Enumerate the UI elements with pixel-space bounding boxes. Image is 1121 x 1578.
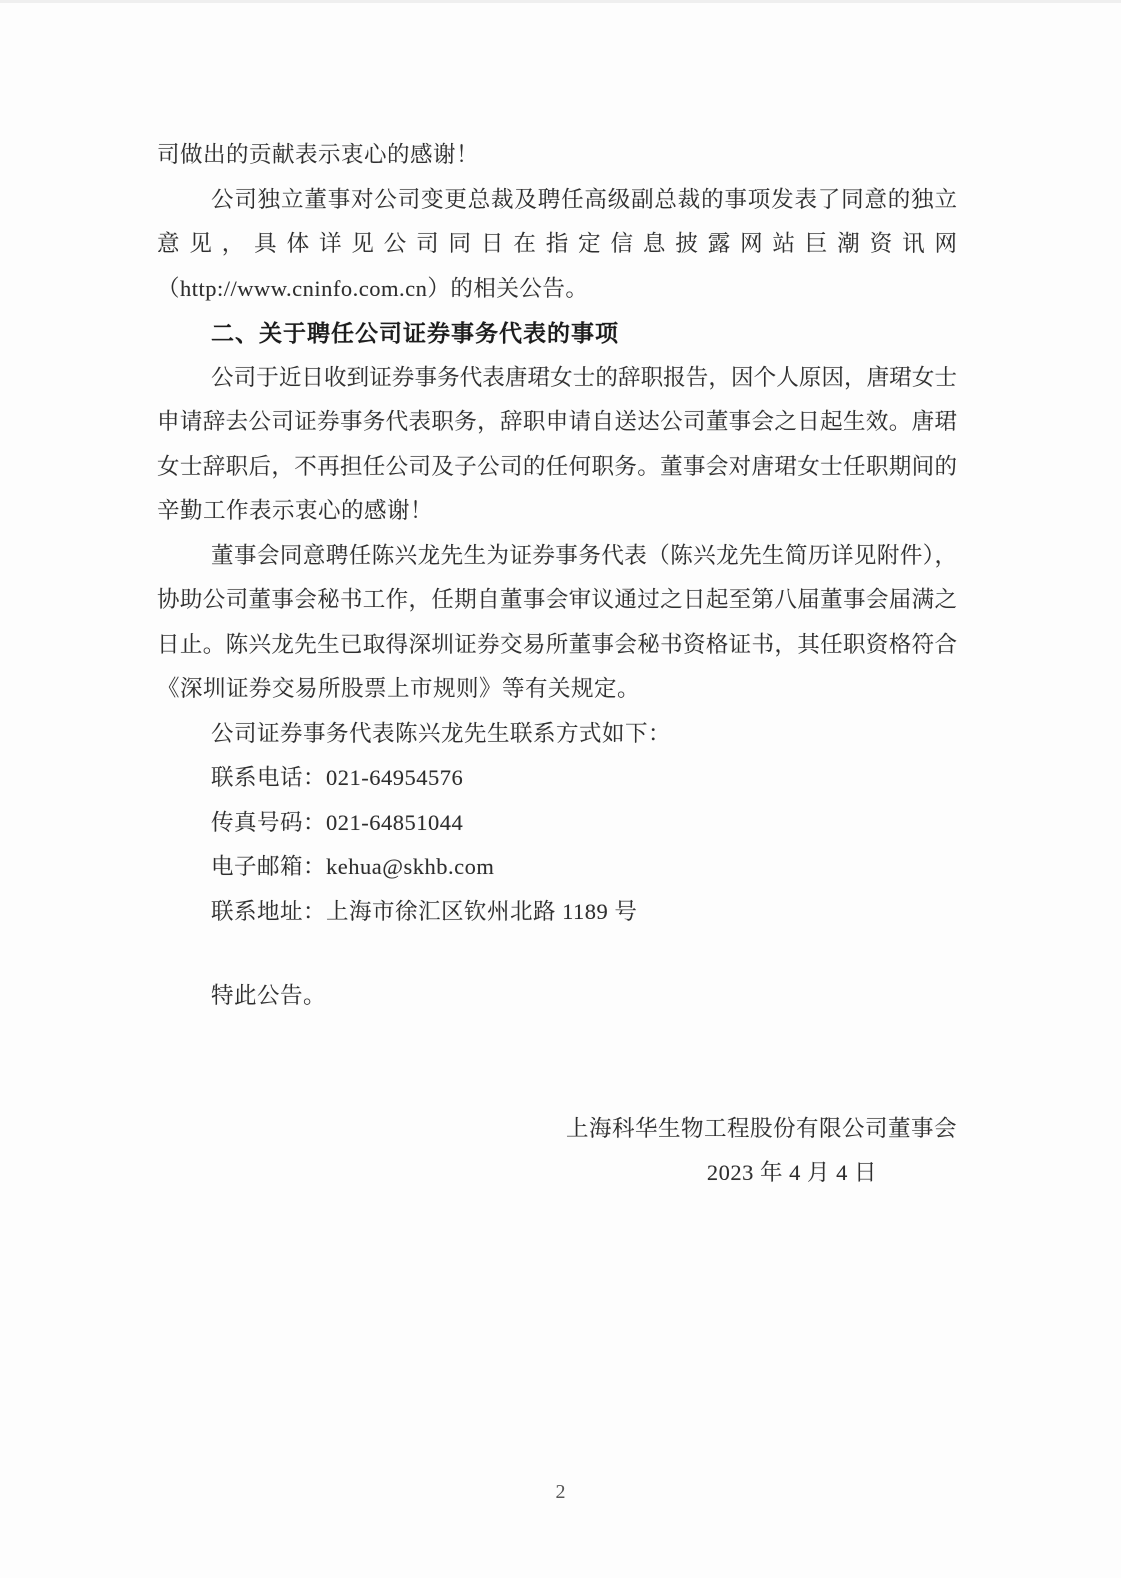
- paragraph-line: 日止。陈兴龙先生已取得深圳证券交易所董事会秘书资格证书，其任职资格符合: [157, 623, 957, 668]
- paragraph-line: 《深圳证券交易所股票上市规则》等有关规定。: [157, 667, 957, 712]
- document-content: 司做出的贡献表示衷心的感谢！ 公司独立董事对公司变更总裁及聘任高级副总裁的事项发…: [0, 3, 1121, 1196]
- contact-label: 传真号码：: [211, 810, 326, 835]
- contact-label: 电子邮箱：: [211, 854, 326, 879]
- section-heading: 二、关于聘任公司证券事务代表的事项: [157, 311, 957, 356]
- contact-label: 联系电话：: [211, 765, 326, 790]
- paragraph-line: 申请辞去公司证券事务代表职务，辞职申请自送达公司董事会之日起生效。唐珺: [157, 400, 957, 445]
- contact-label: 联系地址：: [211, 899, 326, 924]
- paragraph-line-url: （http://www.cninfo.com.cn）的相关公告。: [157, 267, 957, 312]
- paragraph-line: 女士辞职后，不再担任公司及子公司的任何职务。董事会对唐珺女士任职期间的: [157, 445, 957, 490]
- contact-line-email: 电子邮箱：kehua@skhb.com: [157, 845, 957, 890]
- contact-line-address: 联系地址：上海市徐汇区钦州北路 1189 号: [157, 890, 957, 935]
- closing-line: 特此公告。: [157, 974, 957, 1019]
- paragraph-line: 司做出的贡献表示衷心的感谢！: [157, 133, 957, 178]
- signature-block: 上海科华生物工程股份有限公司董事会 2023 年 4 月 4 日: [157, 1107, 957, 1196]
- contact-line-phone: 联系电话：021-64954576: [157, 756, 957, 801]
- paragraph-line: 公司于近日收到证券事务代表唐珺女士的辞职报告，因个人原因，唐珺女士: [157, 356, 957, 401]
- paragraph-line: 意见，具体详见公司同日在指定信息披露网站巨潮资讯网: [157, 222, 957, 267]
- signature-company: 上海科华生物工程股份有限公司董事会: [157, 1107, 957, 1152]
- paragraph-line: 协助公司董事会秘书工作，任期自董事会审议通过之日起至第八届董事会届满之: [157, 578, 957, 623]
- page-number: 2: [0, 1481, 1121, 1504]
- contact-value: 上海市徐汇区钦州北路 1189 号: [326, 899, 637, 924]
- paragraph-line: 辛勤工作表示衷心的感谢！: [157, 489, 957, 534]
- contact-value: 021-64851044: [326, 810, 463, 835]
- contact-line-fax: 传真号码：021-64851044: [157, 801, 957, 846]
- signature-date: 2023 年 4 月 4 日: [157, 1151, 957, 1196]
- paragraph-line: 董事会同意聘任陈兴龙先生为证券事务代表（陈兴龙先生简历详见附件），: [157, 534, 957, 579]
- contact-value: 021-64954576: [326, 765, 463, 790]
- document-page: 司做出的贡献表示衷心的感谢！ 公司独立董事对公司变更总裁及聘任高级副总裁的事项发…: [0, 0, 1121, 1578]
- contact-intro-line: 公司证券事务代表陈兴龙先生联系方式如下：: [157, 712, 957, 757]
- contact-value: kehua@skhb.com: [326, 854, 494, 879]
- paragraph-line: 公司独立董事对公司变更总裁及聘任高级副总裁的事项发表了同意的独立: [157, 178, 957, 223]
